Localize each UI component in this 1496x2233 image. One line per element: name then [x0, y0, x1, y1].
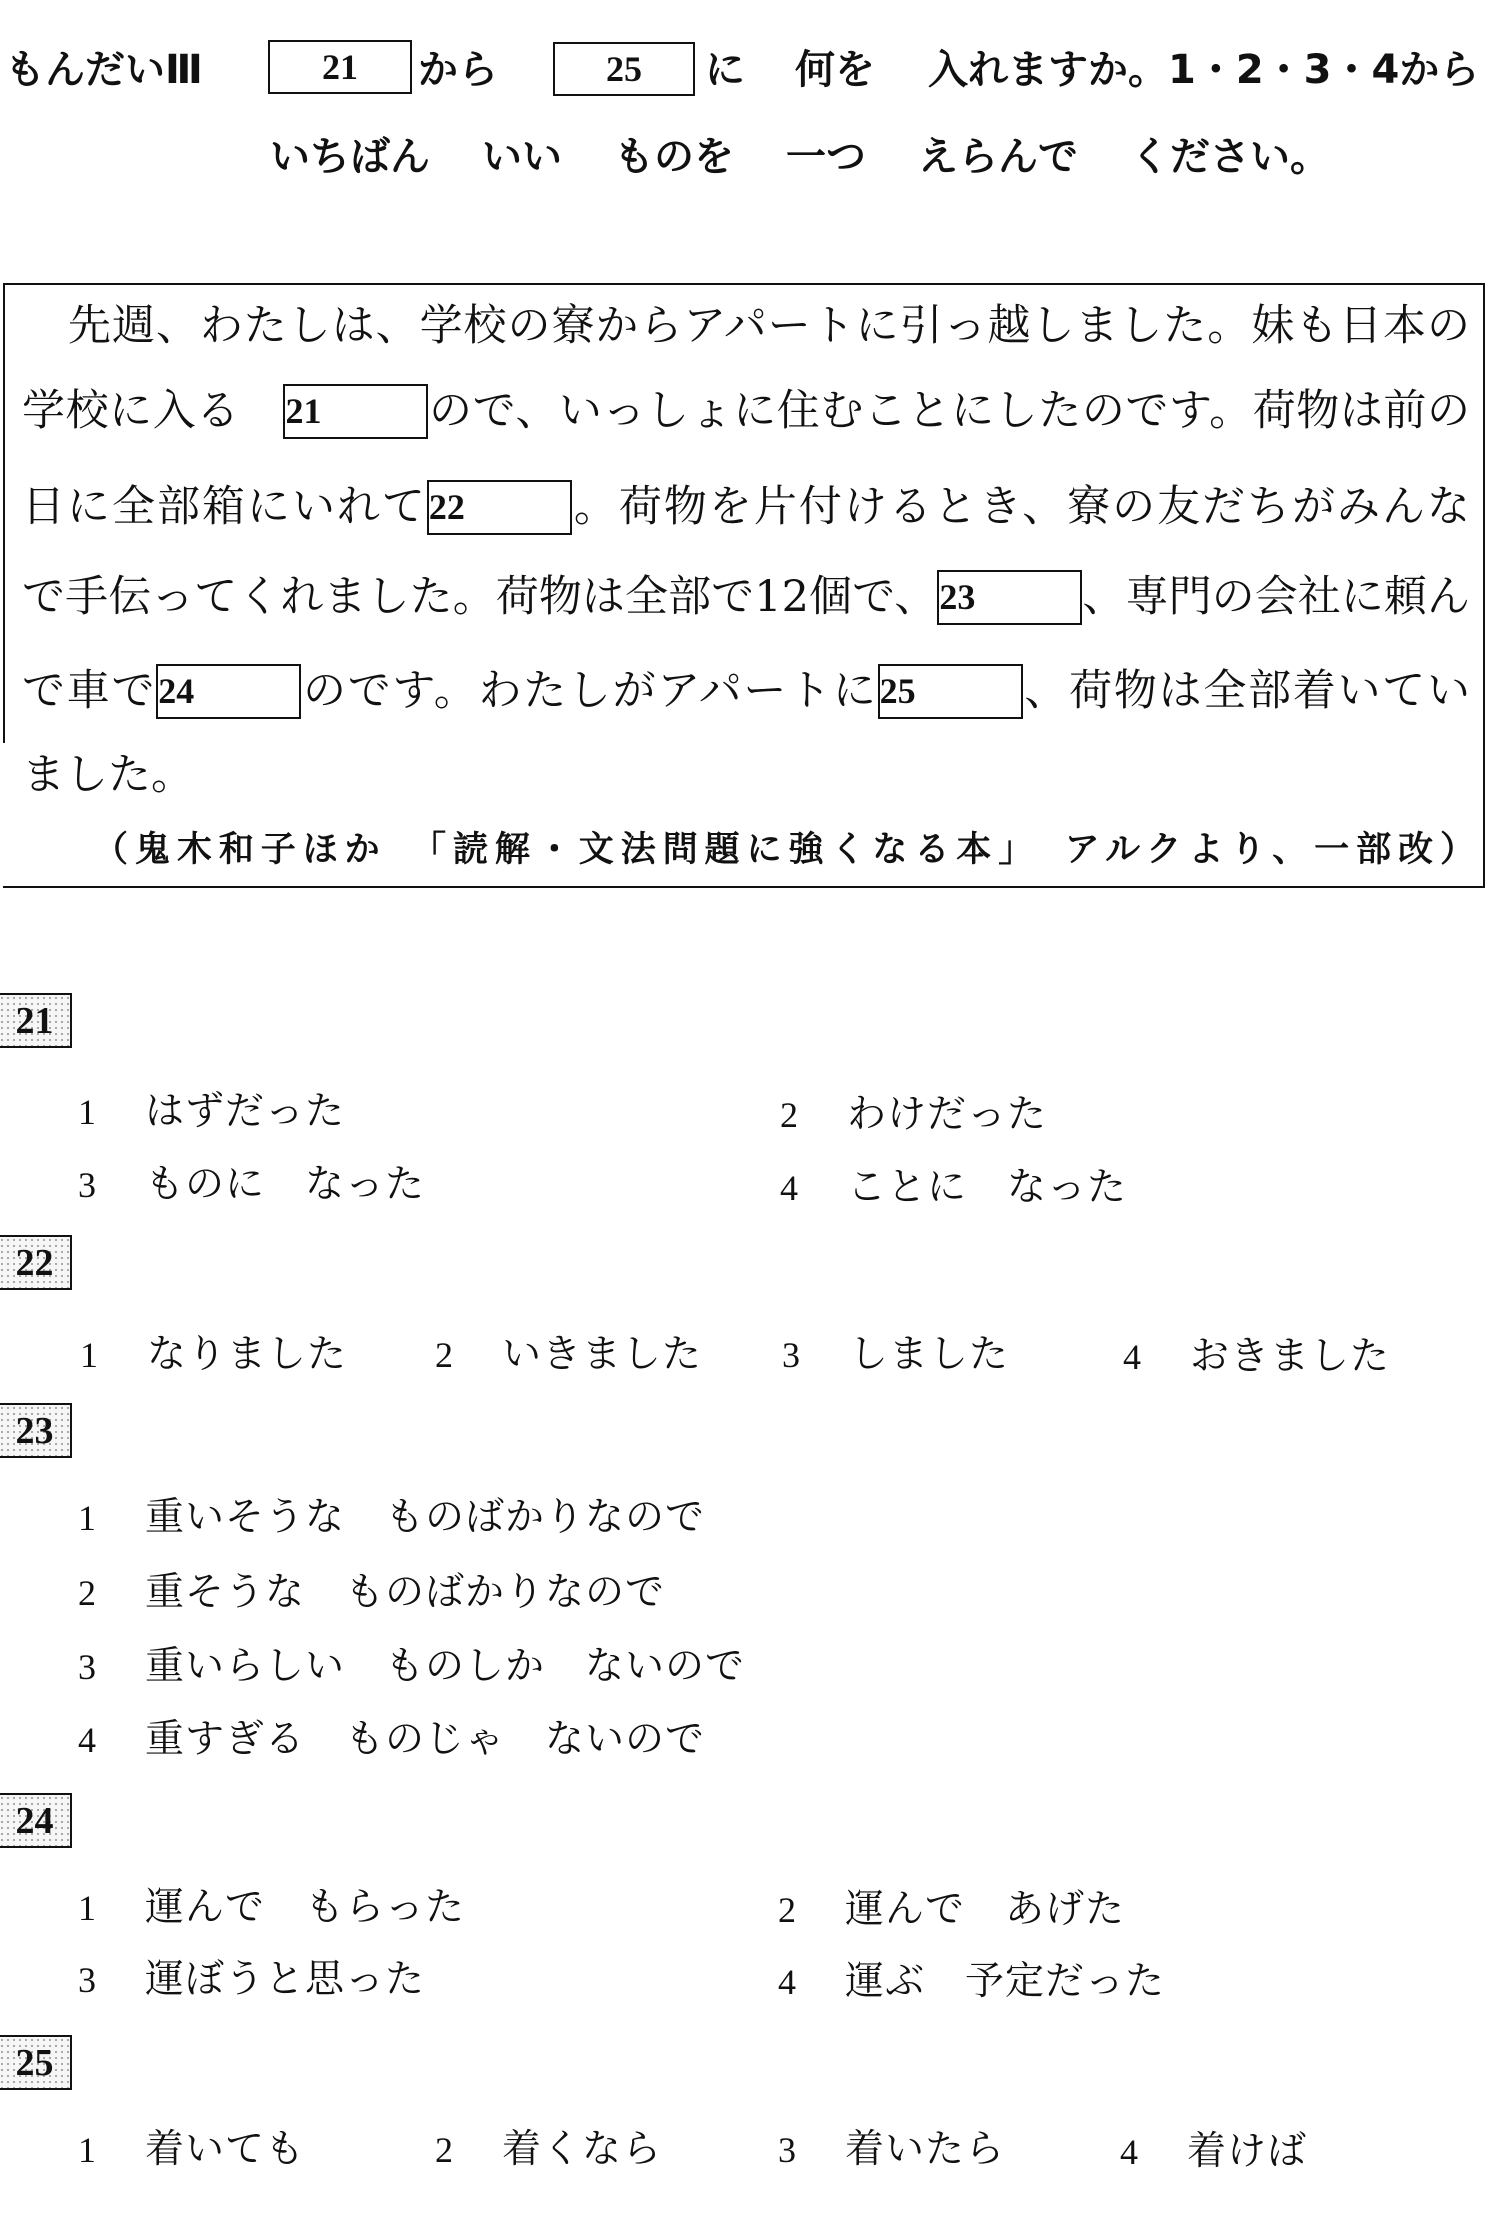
blank-23: 23 [937, 570, 1082, 625]
option-number: 4 [1120, 2127, 1187, 2177]
passage-text: ました。 [22, 750, 194, 800]
option-number: 4 [778, 1957, 845, 2007]
option-text: わけだった [847, 1092, 1047, 1137]
question-label-24: 24 [0, 1793, 72, 1848]
passage-text: ので、いっしょに住むことにしたのです。荷物は前の [428, 386, 1470, 436]
option-22-2: 2いきました [435, 1330, 702, 1380]
option-number: 3 [78, 1955, 145, 2005]
option-21-2: 2わけだった [780, 1090, 1047, 1140]
passage-text: で手伝ってくれました。荷物は全部で12個で、 [22, 572, 937, 622]
option-number: 4 [1123, 1332, 1190, 1382]
passage-line-2: 学校に入る 21ので、いっしょに住むことにしたのです。荷物は前の [22, 381, 1470, 441]
option-number: 2 [435, 1330, 502, 1380]
option-number: 2 [778, 1885, 845, 1935]
option-number: 4 [78, 1715, 145, 1765]
option-text: 運ぶ 予定だった [845, 1959, 1165, 2004]
option-text: ことに なった [847, 1165, 1127, 1210]
passage-text: 日に全部箱にいれて [22, 482, 427, 532]
question-label-23: 23 [0, 1403, 72, 1458]
option-23-4: 4重すぎる ものじゃ ないので [78, 1715, 705, 1765]
passage-text: で車で [22, 666, 156, 716]
option-22-3: 3しました [782, 1330, 1009, 1380]
option-21-4: 4ことに なった [780, 1163, 1127, 1213]
option-23-1: 1重いそうな ものばかりなので [78, 1493, 705, 1543]
instruction-question: 入れますか。1・2・3・4から [928, 43, 1479, 97]
option-text: 着いたら [845, 2127, 1005, 2172]
option-number: 3 [778, 2125, 845, 2175]
instruction-word: ものを [614, 130, 734, 184]
option-number: 2 [435, 2125, 502, 2175]
option-number: 1 [78, 1493, 145, 1543]
instruction-nani-wo: 何を [795, 43, 875, 97]
option-text: 着けば [1187, 2129, 1307, 2174]
question-number: 22 [16, 1244, 54, 1282]
blank-number: 21 [322, 46, 358, 88]
blank-21: 21 [283, 384, 428, 439]
option-23-3: 3重いらしい ものしか ないので [78, 1642, 745, 1692]
passage-line-5: で車で24のです。わたしがアパートに25、荷物は全部着いてい [22, 661, 1470, 721]
option-number: 3 [78, 1160, 145, 1210]
question-number: 25 [16, 2044, 54, 2082]
option-text: 運ぼうと思った [145, 1957, 425, 2002]
passage-box-left-border [3, 283, 5, 743]
instruction-kara: から [418, 43, 498, 97]
option-text: ものに なった [145, 1162, 425, 1207]
passage-text: 先週、わたしは、学校の寮からアパートに引っ越しました。妹も日本の [68, 301, 1470, 351]
option-number: 2 [78, 1568, 145, 1618]
passage-text: のです。わたしがアパートに [301, 666, 877, 716]
instruction-word: いい [482, 130, 562, 184]
option-text: 運んで もらった [145, 1885, 465, 1930]
option-number: 3 [782, 1330, 849, 1380]
option-text: 運んで あげた [845, 1887, 1125, 1932]
option-23-2: 2重そうな ものばかりなので [78, 1568, 665, 1618]
passage-line-3: 日に全部箱にいれて22。荷物を片付けるとき、寮の友だちがみんな [22, 477, 1470, 537]
blank-22: 22 [427, 480, 572, 535]
blank-24: 24 [156, 664, 301, 719]
option-text: 着くなら [502, 2127, 662, 2172]
option-text: 重いらしい ものしか ないので [145, 1644, 745, 1689]
passage-text: 、専門の会社に頼ん [1082, 572, 1470, 622]
option-text: 重いそうな ものばかりなので [145, 1495, 705, 1540]
option-25-1: 1着いても [78, 2125, 305, 2175]
option-text: はずだった [145, 1089, 345, 1134]
option-number: 1 [78, 2125, 145, 2175]
option-21-1: 1はずだった [78, 1087, 345, 1137]
question-number: 21 [16, 1002, 54, 1040]
instruction-word: えらんで [918, 130, 1078, 184]
passage-text: 。荷物を片付けるとき、寮の友だちがみんな [572, 482, 1470, 532]
option-text: 着いても [145, 2127, 305, 2172]
option-22-4: 4おきました [1123, 1332, 1390, 1382]
option-21-3: 3ものに なった [78, 1160, 425, 1210]
option-number: 2 [780, 1090, 847, 1140]
option-text: いきました [502, 1332, 702, 1377]
option-text: おきました [1190, 1334, 1390, 1379]
question-label-25: 25 [0, 2035, 72, 2090]
option-22-1: 1なりました [80, 1330, 347, 1380]
option-number: 1 [78, 1087, 145, 1137]
passage-line-6: ました。 [22, 745, 1470, 805]
blank-number: 25 [606, 48, 642, 90]
blank-25: 25 [878, 664, 1023, 719]
exam-page: もんだいⅢ 21 から 25 に 何を 入れますか。1・2・3・4から いちばん… [0, 0, 1496, 2233]
option-text: 重そうな ものばかりなので [145, 1570, 665, 1615]
option-24-4: 4運ぶ 予定だった [778, 1957, 1165, 2007]
option-text: なりました [147, 1332, 347, 1377]
passage-line-4: で手伝ってくれました。荷物は全部で12個で、23、専門の会社に頼ん [22, 567, 1470, 627]
problem-title: もんだいⅢ [5, 43, 203, 97]
option-24-1: 1運んで もらった [78, 1883, 465, 1933]
passage-text: 、荷物は全部着いてい [1023, 666, 1470, 716]
option-number: 3 [78, 1642, 145, 1692]
option-25-3: 3着いたら [778, 2125, 1005, 2175]
option-24-3: 3運ぼうと思った [78, 1955, 425, 2005]
question-label-22: 22 [0, 1235, 72, 1290]
blank-range-end: 25 [553, 42, 695, 96]
instruction-ni: に [705, 43, 745, 97]
passage-citation: （鬼木和子ほか 「読解・文法問題に強くなる本」 アルクより、一部改） [93, 822, 1475, 878]
option-25-2: 2着くなら [435, 2125, 662, 2175]
option-number: 1 [80, 1330, 147, 1380]
option-text: 重すぎる ものじゃ ないので [145, 1717, 705, 1762]
instruction-word: ください。 [1130, 130, 1330, 184]
instruction-word: 一つ [786, 130, 866, 184]
option-24-2: 2運んで あげた [778, 1885, 1125, 1935]
option-text: しました [849, 1332, 1009, 1377]
instruction-line-2: いちばんいいものを一つえらんでください。 [270, 130, 1382, 184]
blank-range-start: 21 [268, 40, 412, 94]
question-number: 24 [16, 1802, 54, 1840]
instruction-word: いちばん [270, 130, 430, 184]
passage-text: 学校に入る [22, 386, 283, 436]
question-label-21: 21 [0, 993, 72, 1048]
option-number: 1 [78, 1883, 145, 1933]
option-number: 4 [780, 1163, 847, 1213]
passage-line-1: 先週、わたしは、学校の寮からアパートに引っ越しました。妹も日本の [22, 296, 1470, 356]
question-number: 23 [16, 1412, 54, 1450]
option-25-4: 4着けば [1120, 2127, 1307, 2177]
